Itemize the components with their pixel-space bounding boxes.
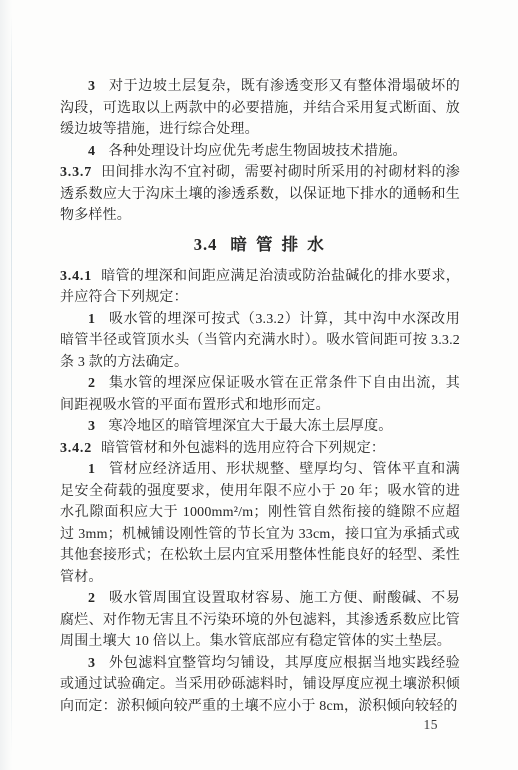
document-page: 3对于边坡土层复杂，既有渗透变形又有整体滑塌破坏的沟段，可选取以上两款中的必要措… xyxy=(0,0,518,770)
paragraph-text: 吸水管周围宜设置取材容易、施工方便、耐酸碱、不易腐烂、对作物无害且不污染环境的外… xyxy=(60,591,460,649)
paragraph-text: 外包滤料宜整管均匀铺设，其厚度应根据当地实践经验或通过试验确定。当采用砂砾滤料时… xyxy=(60,656,460,714)
item-number: 1 xyxy=(88,312,95,327)
clause-number: 3.4.1 xyxy=(60,269,92,284)
list-item-paragraph: 3寒冷地区的暗管埋深宜大于最大冻土层厚度。 xyxy=(60,416,460,438)
item-number: 3 xyxy=(88,79,95,94)
list-item-paragraph: 2集水管的埋深应保证吸水管在正常条件下自由出流，其间距视吸水管的平面布置形式和地… xyxy=(60,373,460,416)
item-number: 3 xyxy=(88,419,95,434)
paragraph-text: 各种处理设计均应优先考虑生物固坡技术措施。 xyxy=(109,144,407,159)
clause-paragraph: 3.4.2暗管管材和外包滤料的选用应符合下列规定： xyxy=(60,438,460,460)
item-number: 2 xyxy=(88,591,95,606)
paragraph-text: 集水管的埋深应保证吸水管在正常条件下自由出流，其间距视吸水管的平面布置形式和地形… xyxy=(60,376,460,413)
item-number: 3 xyxy=(88,656,95,671)
item-number: 2 xyxy=(88,376,95,391)
paragraph-text: 吸水管的埋深可按式（3.3.2）计算，其中沟中水深改用暗管半径或管顶水头（当管内… xyxy=(60,312,460,370)
paragraph-text: 暗管的埋深和间距应满足治渍或防治盐碱化的排水要求，并应符合下列规定： xyxy=(60,269,460,306)
clause-paragraph: 3.3.7田间排水沟不宜衬砌，需要衬砌时所采用的衬砌材料的渗透系数应大于沟床土壤… xyxy=(60,162,460,227)
paragraph-text: 寒冷地区的暗管埋深宜大于最大冻土层厚度。 xyxy=(109,419,393,434)
section-heading: 3.4暗 管 排 水 xyxy=(60,233,460,257)
section-title: 暗 管 排 水 xyxy=(230,235,326,254)
paragraph-text: 管材应经济适用、形状规整、壁厚均匀、管体平直和满足安全荷载的强度要求，使用年限不… xyxy=(60,462,460,585)
item-number: 4 xyxy=(88,144,95,159)
list-item-paragraph: 1管材应经济适用、形状规整、壁厚均匀、管体平直和满足安全荷载的强度要求，使用年限… xyxy=(60,459,460,588)
section-number: 3.4 xyxy=(194,235,218,254)
document-content: 3对于边坡土层复杂，既有渗透变形又有整体滑塌破坏的沟段，可选取以上两款中的必要措… xyxy=(60,76,460,717)
page-number: 15 xyxy=(424,717,439,733)
list-item-paragraph: 3外包滤料宜整管均匀铺设，其厚度应根据当地实践经验或通过试验确定。当采用砂砾滤料… xyxy=(60,653,460,718)
list-item-paragraph: 2吸水管周围宜设置取材容易、施工方便、耐酸碱、不易腐烂、对作物无害且不污染环境的… xyxy=(60,588,460,653)
paragraph-text: 暗管管材和外包滤料的选用应符合下列规定： xyxy=(101,441,385,456)
item-number: 1 xyxy=(88,462,95,477)
paragraph-text: 田间排水沟不宜衬砌，需要衬砌时所采用的衬砌材料的渗透系数应大于沟床土壤的渗透系数… xyxy=(60,165,460,223)
paragraph-text: 对于边坡土层复杂，既有渗透变形又有整体滑塌破坏的沟段，可选取以上两款中的必要措施… xyxy=(60,79,460,137)
clause-number: 3.3.7 xyxy=(60,165,92,180)
clause-paragraph: 3.4.1暗管的埋深和间距应满足治渍或防治盐碱化的排水要求，并应符合下列规定： xyxy=(60,266,460,309)
scan-edge-shade xyxy=(0,0,12,770)
scan-artifact-line xyxy=(11,14,12,756)
list-item-paragraph: 4各种处理设计均应优先考虑生物固坡技术措施。 xyxy=(60,141,460,163)
list-item-paragraph: 1吸水管的埋深可按式（3.3.2）计算，其中沟中水深改用暗管半径或管顶水头（当管… xyxy=(60,309,460,374)
clause-number: 3.4.2 xyxy=(60,441,92,456)
list-item-paragraph: 3对于边坡土层复杂，既有渗透变形又有整体滑塌破坏的沟段，可选取以上两款中的必要措… xyxy=(60,76,460,141)
